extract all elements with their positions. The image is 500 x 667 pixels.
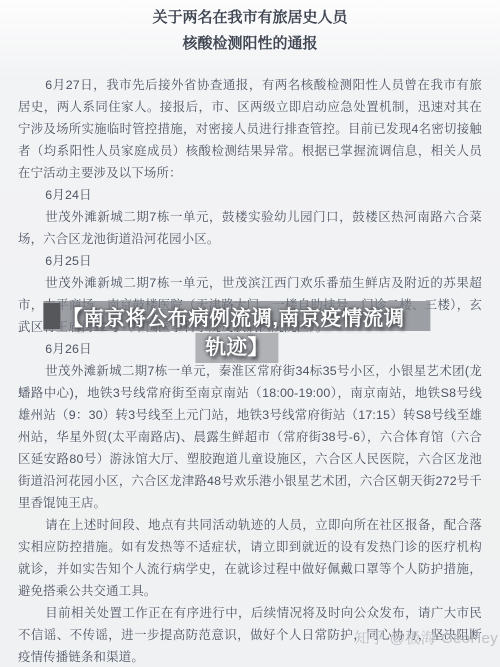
body-paragraph: 世茂外滩新城二期7栋一单元，鼓楼实验幼儿园门口，鼓楼区热河南路六合菜场，六合区龙… <box>18 206 482 250</box>
date-heading: 6月25日 <box>18 250 482 272</box>
highlight-bar-icon <box>43 303 60 329</box>
watermark-overlay: 【南京将公布病例流调,南京疫情流调 轨迹】 <box>43 301 430 363</box>
document-title-line-1: 关于两名在我市有旅居史人员 <box>18 5 482 31</box>
body-paragraph: 6月27日，我市先后接外省协查通报，有两名核酸检测阳性人员曾在我市有旅居史，两人… <box>18 74 482 184</box>
watermark-text-line-2: 轨迹】 <box>205 336 268 359</box>
zhihu-watermark: 知乎 @极海·GeoHey <box>355 627 498 648</box>
date-heading: 6月24日 <box>18 184 482 206</box>
watermark-line-2: 轨迹】 <box>195 333 278 363</box>
watermark-text-line-1: 【南京将公布病例流调,南京疫情流调 <box>62 301 404 331</box>
body-paragraph: 请在上述时间段、地点有共同活动轨迹的人员，立即向所在社区报备，配合落实相应防控措… <box>18 514 482 602</box>
document-body: 6月27日，我市先后接外省协查通报，有两名核酸检测阳性人员曾在我市有旅居史，两人… <box>18 74 482 667</box>
watermark-line-1: 【南京将公布病例流调,南京疫情流调 <box>43 301 430 331</box>
document-title-line-2: 核酸检测阳性的通报 <box>18 31 482 57</box>
body-paragraph: 世茂外滩新城二期7栋一单元，秦淮区常府街34标35号小区，小银星艺术团(龙蟠路中… <box>18 360 482 514</box>
